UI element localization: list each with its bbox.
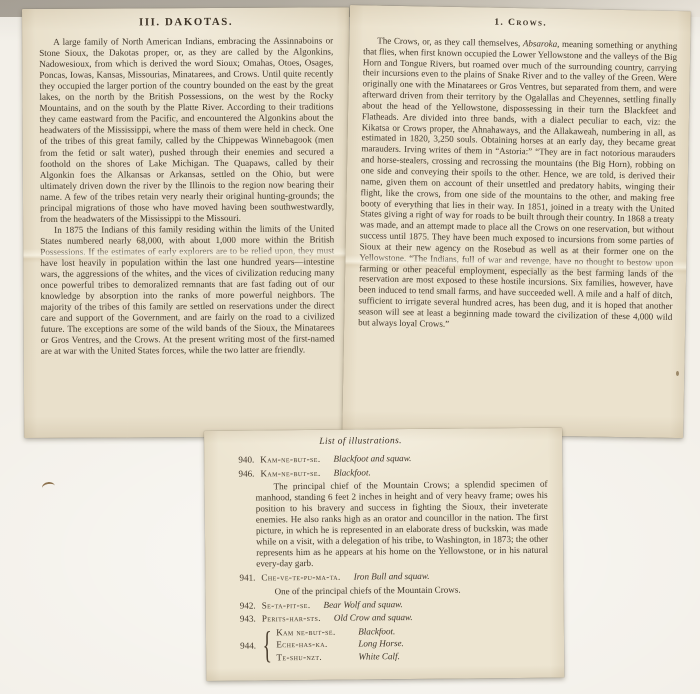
- group-row: Eche-has-ka. Long Horse.: [276, 638, 404, 650]
- bottom-clipping-illustrations: List of illustrations. 940. Kam-ne-but-s…: [204, 428, 564, 681]
- list-item-946: 946. Kam-ne-but-se. Blackfoot.: [224, 465, 549, 479]
- brace-glyph: {: [262, 629, 271, 663]
- item-name: Kam-ne-but-se.: [260, 454, 320, 466]
- item-number: 940.: [224, 455, 254, 466]
- list-item-941: 941. Che-ve-te-pu-ma-ta. Iron Bull and s…: [225, 570, 550, 584]
- item-caption: Blackfoot.: [334, 467, 371, 478]
- item-number: 942.: [226, 600, 256, 611]
- item-number: 941.: [225, 573, 255, 584]
- item-caption: Blackfoot.: [358, 626, 395, 637]
- item-caption: White Calf.: [358, 651, 400, 662]
- item-946-description: The principal chief of the Mountain Crow…: [255, 479, 548, 570]
- item-name: Perits-har-sts.: [262, 613, 321, 625]
- item-caption: Old Crow and squaw.: [334, 612, 413, 624]
- item-941-description: One of the principal chiefs of the Mount…: [274, 583, 550, 597]
- crows-heading: 1. Crows.: [364, 15, 678, 32]
- list-item-943: 943. Perits-har-sts. Old Crow and squaw.: [226, 611, 551, 625]
- dakotas-heading: III. DAKOTAS.: [39, 16, 333, 29]
- crows-absaroka-italic: Absaroka: [523, 38, 557, 49]
- left-clipping-dakotas: III. DAKOTAS. A large family of North Am…: [22, 7, 351, 438]
- list-item-940: 940. Kam-ne-but-se. Blackfoot and squaw.: [224, 452, 549, 466]
- list-of-illustrations-heading: List of illustrations.: [224, 435, 497, 449]
- item-name: Te-shu-nzt.: [276, 651, 352, 663]
- item-caption: Iron Bull and squaw.: [354, 571, 430, 583]
- item-caption: Long Horse.: [358, 638, 404, 649]
- item-name: Se-ta-pit-se.: [262, 599, 311, 610]
- item-number: 943.: [226, 614, 256, 625]
- dakotas-paragraph-1: A large family of North American Indians…: [39, 35, 334, 224]
- item-944-group: Kam ne-but-se. Blackfoot. Eche-has-ka. L…: [276, 626, 404, 665]
- item-number: 946.: [224, 468, 254, 479]
- group-row: Kam ne-but-se. Blackfoot.: [276, 626, 404, 638]
- ink-speck: [676, 371, 679, 376]
- item-name: Kam ne-but-se.: [276, 626, 352, 638]
- item-caption: Bear Wolf and squaw.: [323, 599, 402, 611]
- crows-text-rest: , meaning something or anything that fli…: [358, 39, 677, 329]
- list-item-944: 944. { Kam ne-but-se. Blackfoot. Eche-ha…: [226, 624, 551, 665]
- item-number: 944.: [226, 640, 256, 651]
- item-name: Eche-has-ka.: [276, 639, 352, 651]
- ink-crescent-mark: [41, 481, 56, 493]
- item-caption: Blackfoot and squaw.: [333, 453, 411, 465]
- item-name: Kam-ne-but-se.: [260, 467, 320, 479]
- dakotas-paragraph-2: In 1875 the Indians of this family resid…: [40, 223, 335, 357]
- right-clipping-crows: 1. Crows. The Crows, or, as they call th…: [342, 5, 691, 438]
- item-name: Che-ve-te-pu-ma-ta.: [261, 572, 340, 584]
- group-row: Te-shu-nzt. White Calf.: [276, 651, 404, 663]
- crows-paragraph: The Crows, or, as they call themselves, …: [358, 35, 677, 333]
- list-item-942: 942. Se-ta-pit-se. Bear Wolf and squaw.: [226, 597, 551, 611]
